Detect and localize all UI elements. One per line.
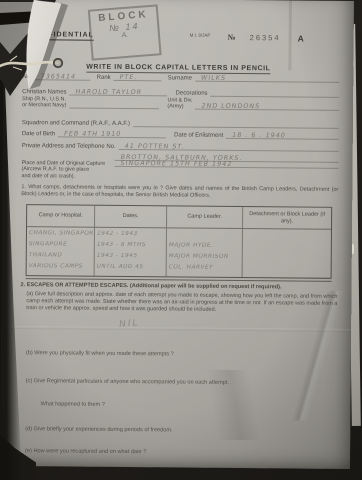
dates-entry: 1942 - 1943 <box>97 231 166 243</box>
address-label: Private Address and Telephone No. <box>22 143 119 150</box>
date-of-birth-label: Date of Birth <box>22 131 58 137</box>
eyelet <box>54 59 62 67</box>
camp-entry: SINGAPORE <box>29 241 94 253</box>
table-column-block-leader <box>243 229 331 278</box>
ref-number: 26354 <box>250 33 281 42</box>
camp-entry: THAILAND <box>29 252 94 264</box>
surname-line: WILKS <box>195 72 339 83</box>
question-1-text: 1. What camps, detachments or hospitals … <box>21 184 338 201</box>
camps-table: Camp or Hospital. Dates. Camp Leader. De… <box>26 204 333 279</box>
table-column-camp: CHANGI, SINGAPORE SINGAPORE THAILAND VAR… <box>27 227 95 276</box>
ref-suffix: A <box>298 34 304 44</box>
decorations-line <box>211 87 340 98</box>
unit-label: Unit & Div. (Army) <box>159 97 195 110</box>
question-2b-text: (b) Were you physically fit when you mad… <box>26 350 174 357</box>
unit-value-handwritten: 2ND LONDONS <box>201 102 260 111</box>
date-of-birth-line: FEB 4TH 1910 <box>58 127 166 138</box>
unit-line: 2ND LONDONS <box>195 100 339 111</box>
camp-entry: CHANGI, SINGAPORE <box>29 230 94 242</box>
table-column-leader: MAJOR HYDE. MAJOR MORRISON COL. HARVEY <box>167 228 243 277</box>
question-2e-text: (e) How were you recaptured and on what … <box>25 448 146 455</box>
enlistment-value-handwritten: 18 . 6 . 1940 <box>232 131 286 139</box>
address-line-1: 41 POTTEN ST. <box>119 140 339 152</box>
question-2a-text: (a) Give full description and approx. da… <box>26 291 337 315</box>
capture-label: Place and Date of Original Capture (Airc… <box>21 160 113 180</box>
table-header-leader: Camp Leader. <box>167 206 243 229</box>
capture-line: SINGAPORE 15TH FEB 1942 <box>115 157 339 169</box>
decorations-label: Decorations <box>168 90 211 96</box>
surname-label: Surname <box>162 75 195 81</box>
field-row-dob-enlistment: Date of Birth FEB 4TH 1910 Date of Enlis… <box>22 127 339 140</box>
dates-entry: 1943 - 6 MTHS <box>97 242 166 254</box>
date-of-birth-value-handwritten: FEB 4TH 1910 <box>64 129 121 137</box>
address-value-line1-handwritten: 41 POTTEN ST. <box>125 142 185 151</box>
field-row-address: Private Address and Telephone No. 41 POT… <box>22 139 339 152</box>
block-leader-entry <box>245 254 331 266</box>
torn-corner <box>0 0 130 120</box>
leader-entry: COL. HARVEY <box>169 264 242 276</box>
block-leader-entry <box>245 265 331 277</box>
squadron-label: Squadron and Command (R.A.F., A.A.F.) <box>22 120 133 127</box>
table-column-dates: 1942 - 1943 1943 - 6 MTHS 1943 - 1945 UN… <box>95 228 167 277</box>
question-2c-followup-text: What happened to them ? <box>40 401 104 408</box>
leader-entry: MAJOR HYDE. <box>169 242 242 254</box>
block-leader-entry <box>245 243 331 255</box>
field-row-capture: SINGAPORE 15TH FEB 1942 <box>115 157 339 169</box>
capture-value-handwritten: SINGAPORE 15TH FEB 1942 <box>121 159 233 168</box>
table-header-block-leader: Detachment or Block Leader (if any). <box>243 207 331 230</box>
table-header-camp: Camp or Hospital. <box>27 205 95 228</box>
dates-entry: 1943 - 1945 <box>97 253 166 265</box>
ref-no-sign: № <box>228 33 236 42</box>
question-2d-text: (d) Give briefly your experiences during… <box>25 426 172 433</box>
table-header-dates: Dates. <box>95 206 167 229</box>
dates-entry: UNTIL AUG 45 <box>97 264 166 276</box>
leader-entry <box>169 231 242 243</box>
question-2c-text: (c) Give Regimental particulars of anyon… <box>26 378 229 386</box>
camp-entry: VARIOUS CAMPS <box>29 263 94 275</box>
paper-crease <box>1 326 351 332</box>
surname-value-handwritten: WILKS <box>201 74 226 82</box>
photo-of-document: CONFIDENTIAL BLOCK № 14 A. M.I. 9/JAP № … <box>0 0 362 480</box>
enlistment-line: 18 . 6 . 1940 <box>226 129 339 140</box>
enlistment-label: Date of Enlistment <box>166 132 226 139</box>
squadron-line <box>133 117 339 129</box>
answer-nil-handwritten: NIL <box>119 318 140 330</box>
ref-prefix: M.I. 9/JAP <box>190 33 211 38</box>
leader-entry: MAJOR MORRISON <box>169 253 242 265</box>
block-leader-entry <box>245 232 331 244</box>
